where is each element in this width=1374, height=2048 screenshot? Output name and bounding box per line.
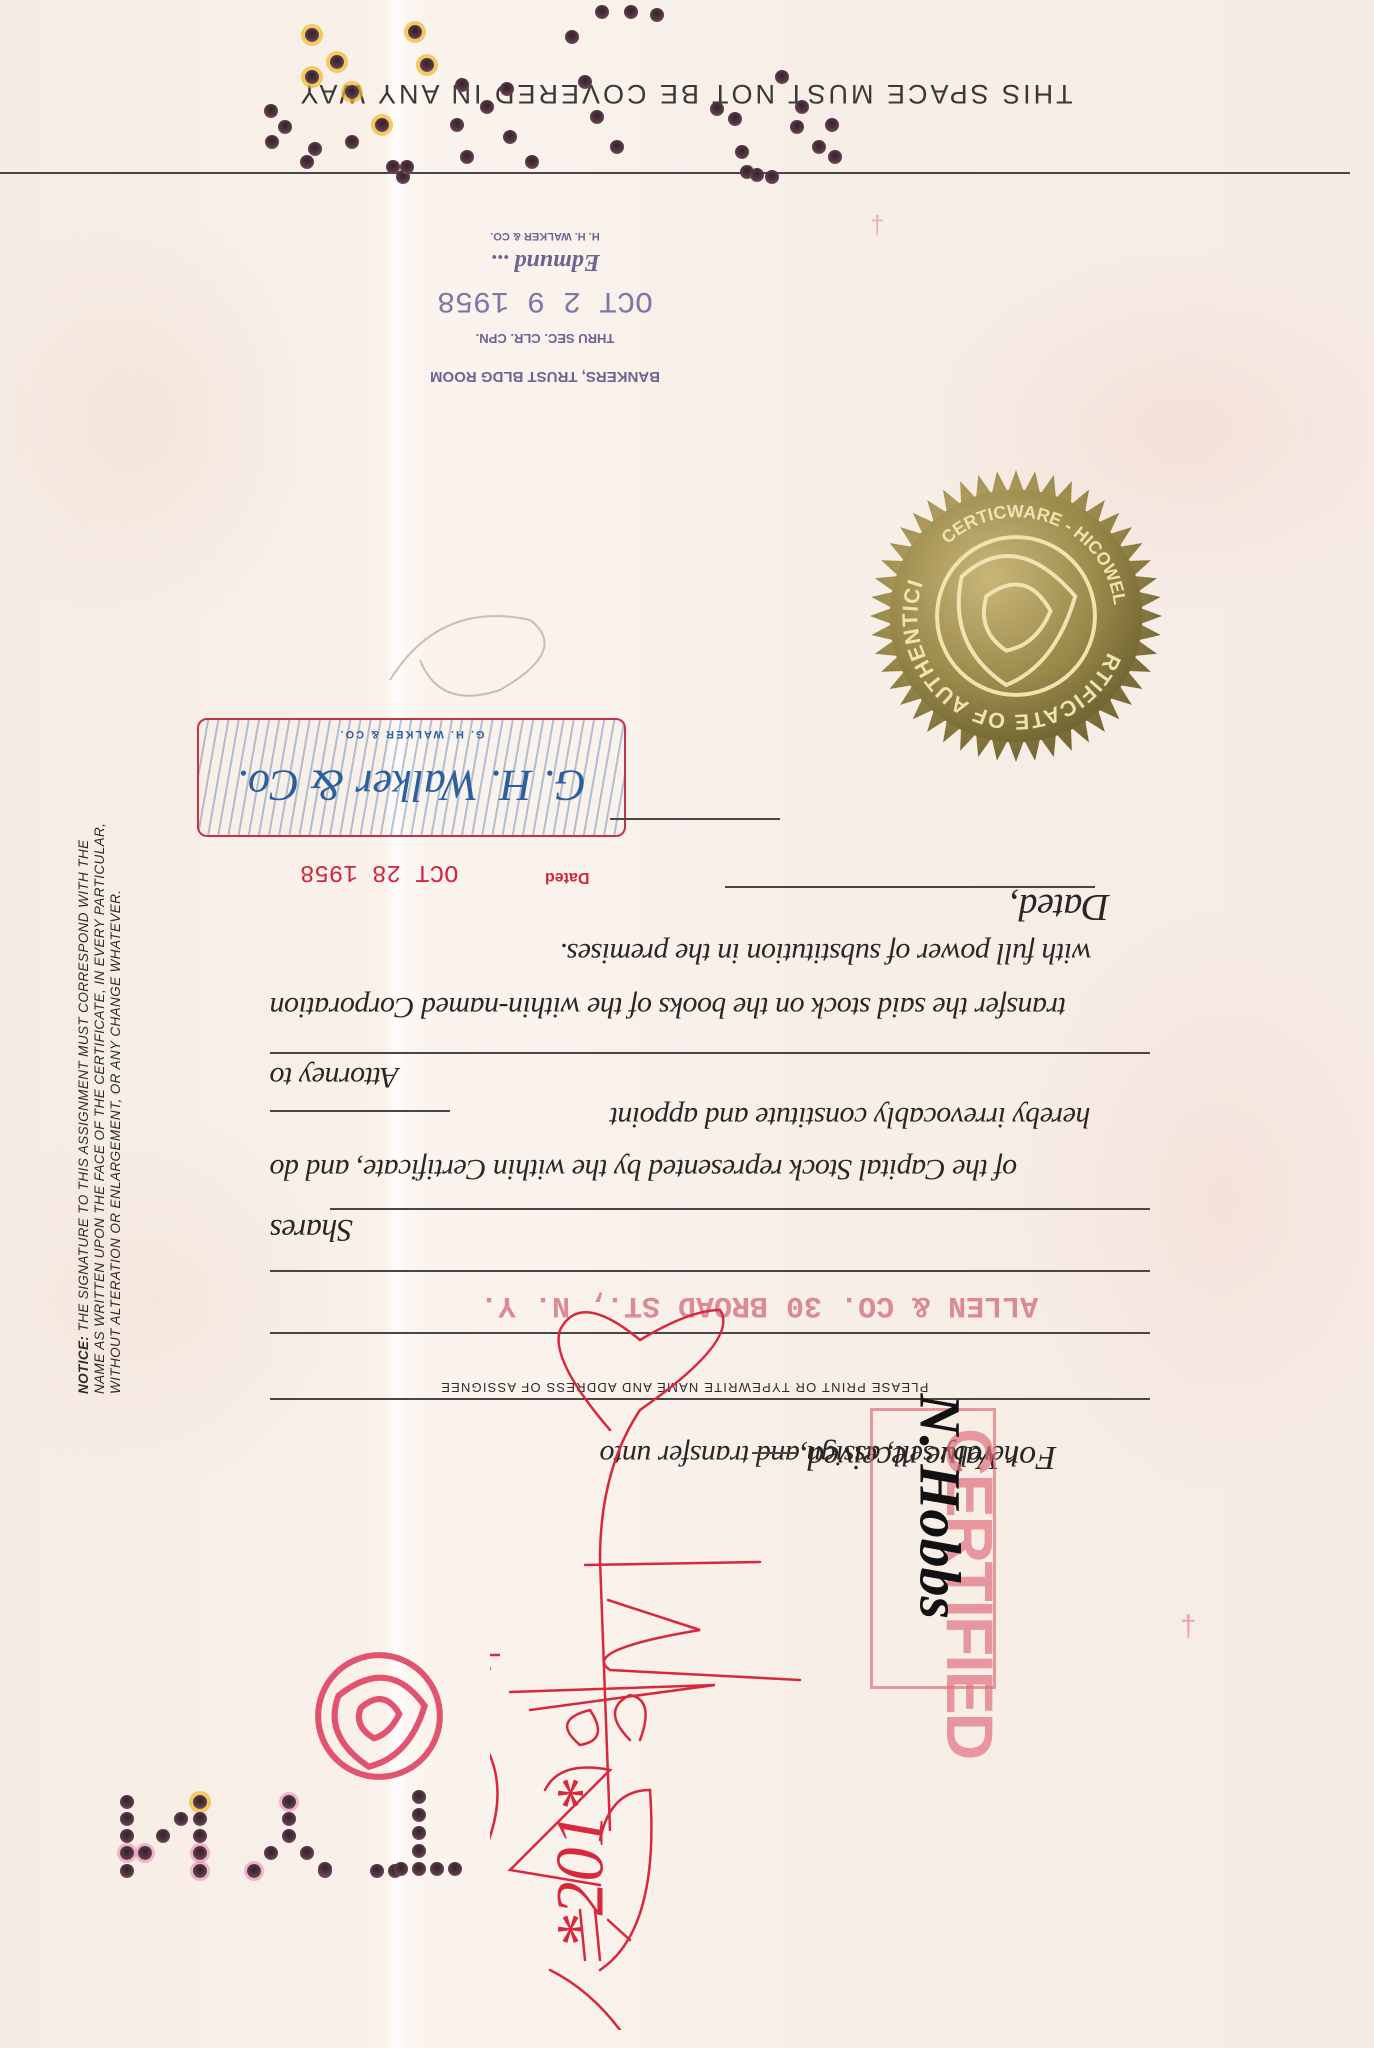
- transfer-stamp-signature: Edmund ...: [430, 248, 660, 275]
- notice-label: NOTICE:: [76, 1336, 91, 1394]
- attorney-label: Attorney to: [270, 1060, 399, 1094]
- signature-line: [610, 818, 780, 820]
- guarantee-signature: G. H. Walker & Co.: [199, 760, 624, 811]
- appoint-line: [270, 1110, 450, 1112]
- red-autograph-number: *201*: [541, 1630, 620, 1950]
- faint-pink-mark: †: [1180, 1610, 1220, 1660]
- signature-guarantee-stamp: G. H. WALKER & CO. G. H. Walker & Co.: [197, 718, 626, 837]
- transfer-stamp-firm: H. H. WALKER & CO.: [430, 230, 660, 242]
- banner-divider: [0, 172, 1350, 174]
- form-line-capital: of the Capital Stock represented by the …: [270, 1152, 1017, 1186]
- guarantee-firm-name: G. H. WALKER & CO.: [199, 728, 624, 740]
- certificate-back: THIS SPACE MUST NOT BE COVERED IN ANY WA…: [0, 0, 1374, 2048]
- authenticity-seal: CERTIFICATE OF AUTHENTICITY CERTICWARE -…: [868, 468, 1164, 764]
- transfer-stamp-line3: THRU SEC. CLR. CPN.: [430, 331, 660, 346]
- attorney-line: [270, 1052, 1150, 1054]
- dated-stamp-date: OCT 28 1958: [300, 858, 458, 885]
- transfer-stamp-date: OCT 2 9 1958: [430, 283, 660, 317]
- dated-label: Dated,: [1010, 885, 1109, 929]
- signature-notice: NOTICE: THE SIGNATURE TO THIS ASSIGNMENT…: [76, 814, 124, 1394]
- shares-label: Shares: [270, 1212, 353, 1249]
- form-line-transfer: transfer the said stock on the books of …: [270, 990, 1066, 1024]
- dated-stamp-label: Dated: [545, 868, 589, 886]
- shares-line: [330, 1208, 1150, 1210]
- pencil-mark: [380, 560, 580, 720]
- form-line-power: with full power of substitution in the p…: [560, 936, 1092, 970]
- transfer-stamp-line4: BANKERS, TRUST BLDG ROOM: [430, 368, 660, 385]
- form-line-appoint: hereby irrevocably constitute and appoin…: [610, 1100, 1091, 1134]
- do-not-cover-banner: THIS SPACE MUST NOT BE COVERED IN ANY WA…: [220, 78, 1150, 109]
- red-seal-stamp: [308, 1645, 450, 1787]
- transfer-stamp: BANKERS, TRUST BLDG ROOM THRU SEC. CLR. …: [430, 230, 660, 385]
- faint-pink-mark-top: †: [870, 210, 910, 250]
- notice-text: THE SIGNATURE TO THIS ASSIGNMENT MUST CO…: [76, 823, 123, 1394]
